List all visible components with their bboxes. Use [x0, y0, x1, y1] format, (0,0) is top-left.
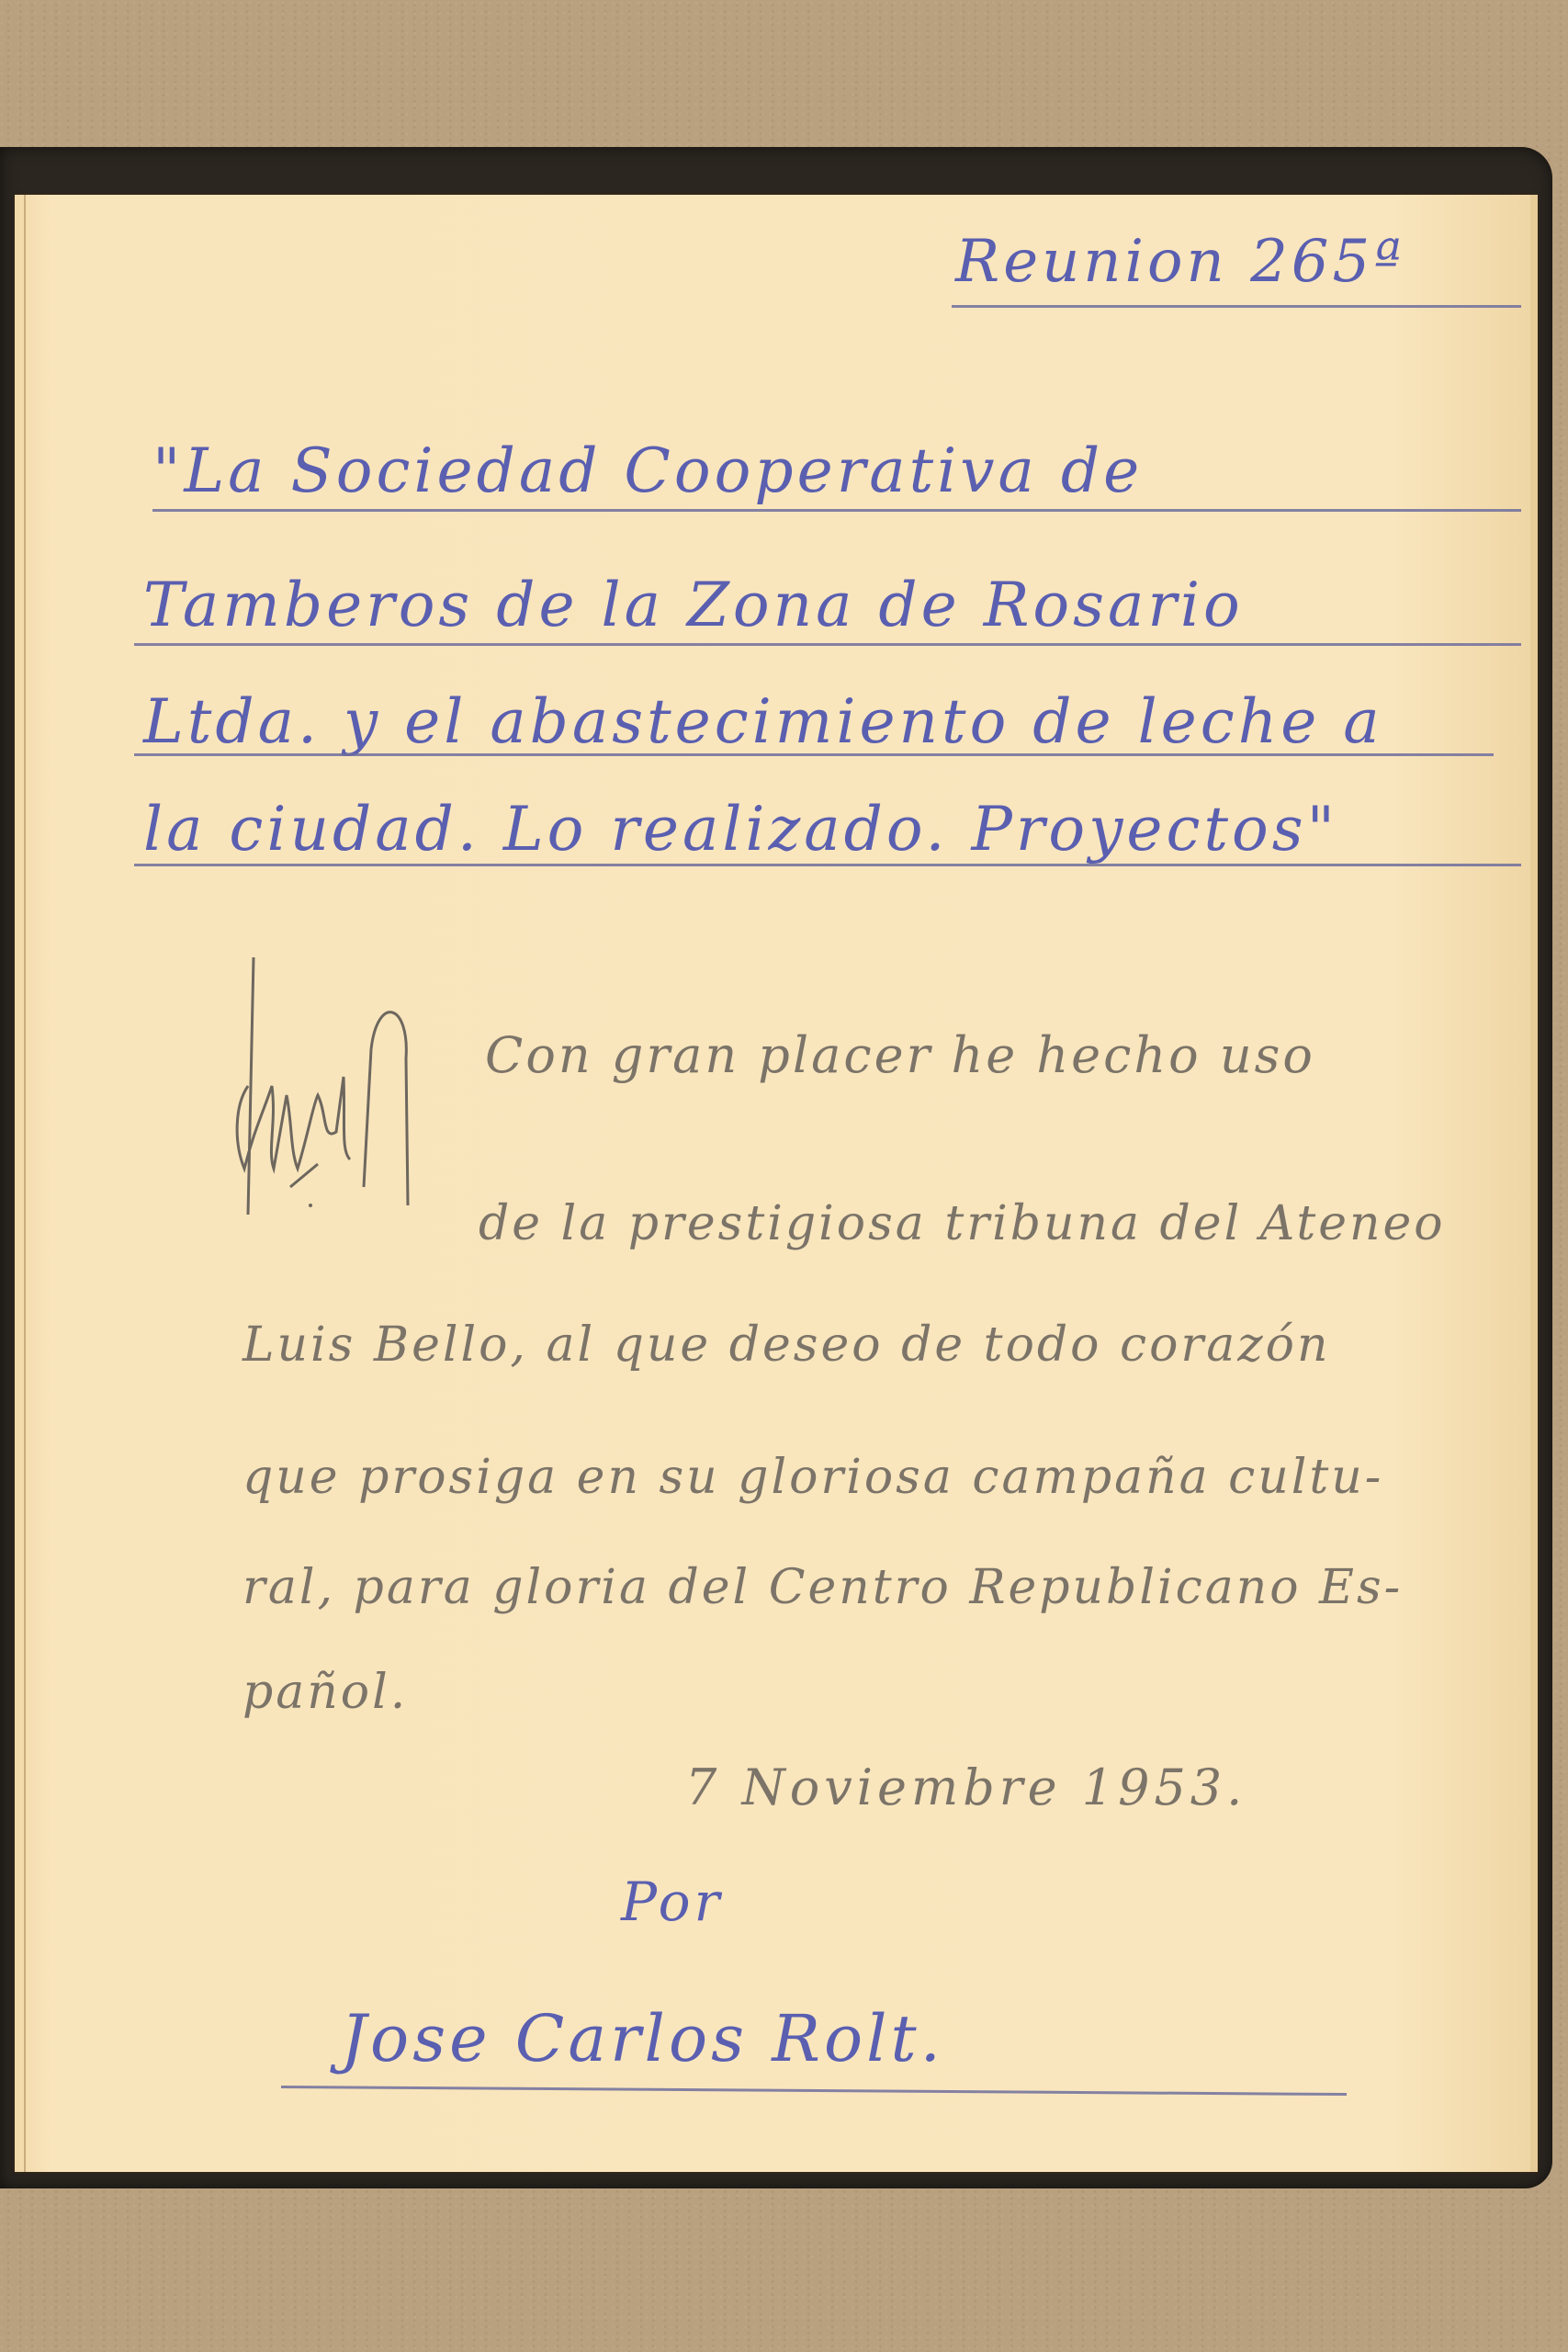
body-line-5: ral, para gloria del Centro Republicano …: [243, 1560, 1403, 1615]
title-underline-1: [152, 509, 1521, 512]
by-label: Por: [621, 1871, 723, 1933]
title-underline-3: [134, 753, 1494, 756]
page-edge: [15, 195, 26, 2172]
header-underline: [952, 305, 1521, 308]
title-underline-4: [134, 864, 1521, 866]
meeting-number: Reunion 265ª: [955, 228, 1405, 296]
title-line-2: Tamberos de la Zona de Rosario: [143, 570, 1244, 640]
body-line-3: Luis Bello, al que deseo de todo corazón: [243, 1317, 1330, 1373]
body-line-2: de la prestigiosa tribuna del Ateneo: [479, 1196, 1446, 1251]
title-line-4: la ciudad. Lo realizado. Proyectos": [143, 794, 1338, 865]
initials-signature-icon: [226, 948, 428, 1233]
initials-signature: JCRolt: [226, 948, 428, 1233]
body-line-4: que prosiga en su gloriosa campaña cultu…: [243, 1450, 1383, 1505]
date: 7 Noviembre 1953.: [685, 1758, 1247, 1816]
body-line-6: pañol.: [243, 1665, 408, 1720]
body-line-1: Con gran placer he hecho uso: [485, 1026, 1315, 1084]
title-line-3: Ltda. y el abastecimiento de leche a: [143, 686, 1383, 757]
title-line-1: "La Sociedad Cooperativa de: [152, 435, 1143, 506]
guestbook-page: Reunion 265ª "La Sociedad Cooperativa de…: [15, 195, 1538, 2172]
title-underline-2: [134, 643, 1521, 646]
signature-underline: [281, 2086, 1347, 2096]
author-signature: Jose Carlos Rolt.: [341, 2001, 944, 2076]
